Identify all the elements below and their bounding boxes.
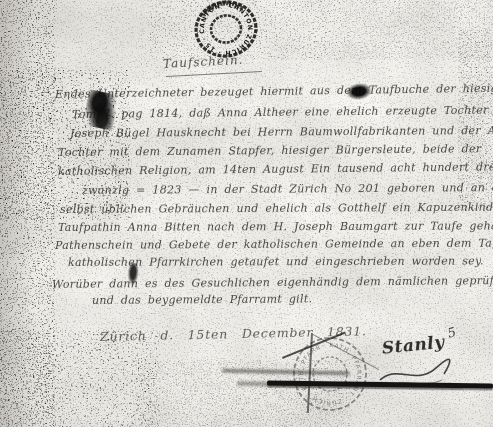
official-seal-bottom: · KATH. PFARRAMT · ZÜRICH · KATH. PFARRA… — [283, 330, 379, 427]
manuscript-line: Taufpathin Anna Bitten nach dem H. Josep… — [58, 219, 493, 234]
signature-flourish — [374, 356, 460, 390]
margin-mark: 5 — [446, 325, 458, 342]
manuscript-line: katholischen Pfarrkirchen getaufet und e… — [68, 255, 484, 269]
manuscript-line: Joseph Bügel Hausknecht bei Herrn Baumwo… — [70, 123, 493, 140]
manuscript-line: zwanzig = 1823 — in der Stadt Zürich No … — [82, 181, 493, 197]
left-edge-shadow — [0, 0, 34, 427]
manuscript-line: katholischen Religion, am 14ten August E… — [58, 160, 493, 178]
signature: Stanly — [381, 332, 446, 358]
manuscript-line: Worüber dann es des Gesuchlichen eigenhä… — [52, 274, 493, 291]
manuscript-line: Tom 7. pag 1814, daß Anna Altheer eine e… — [72, 103, 493, 121]
svg-text:· CANTON ZÜRICH · 15 · CANTON: · CANTON ZÜRICH · 15 · CANTON ZÜRICH · 1… — [183, 0, 257, 62]
bottom-seal-ring-text: · KATH. PFARRAMT · ZÜRICH · KATH. PFARRA… — [269, 319, 369, 418]
manuscript-line: und das beygemeldte Pfarramt gilt. — [92, 292, 312, 307]
manuscript-line: Pathenschein und Gebete der katholischen… — [55, 236, 493, 252]
scanned-document: · CANTON ZÜRICH · 15 · CANTON ZÜRICH · 1… — [0, 0, 493, 427]
svg-text:· KATH. PFARRAMT · ZÜRICH · KA: · KATH. PFARRAMT · ZÜRICH · KATH. PFARRA… — [269, 319, 369, 418]
manuscript-line: selbst üblichen Gebräuchen und ehelich a… — [60, 201, 493, 216]
manuscript-line: Tochter mit dem Zunamen Stapfer, hiesige… — [58, 142, 481, 159]
seal-caption: Taufschein. — [163, 53, 244, 71]
caption-underline — [166, 71, 262, 77]
manuscript-line: Endes Unterzeichneter bezeuget hiermit a… — [55, 81, 493, 101]
top-seal-ring-text: · CANTON ZÜRICH · 15 · CANTON ZÜRICH · 1… — [183, 0, 257, 62]
